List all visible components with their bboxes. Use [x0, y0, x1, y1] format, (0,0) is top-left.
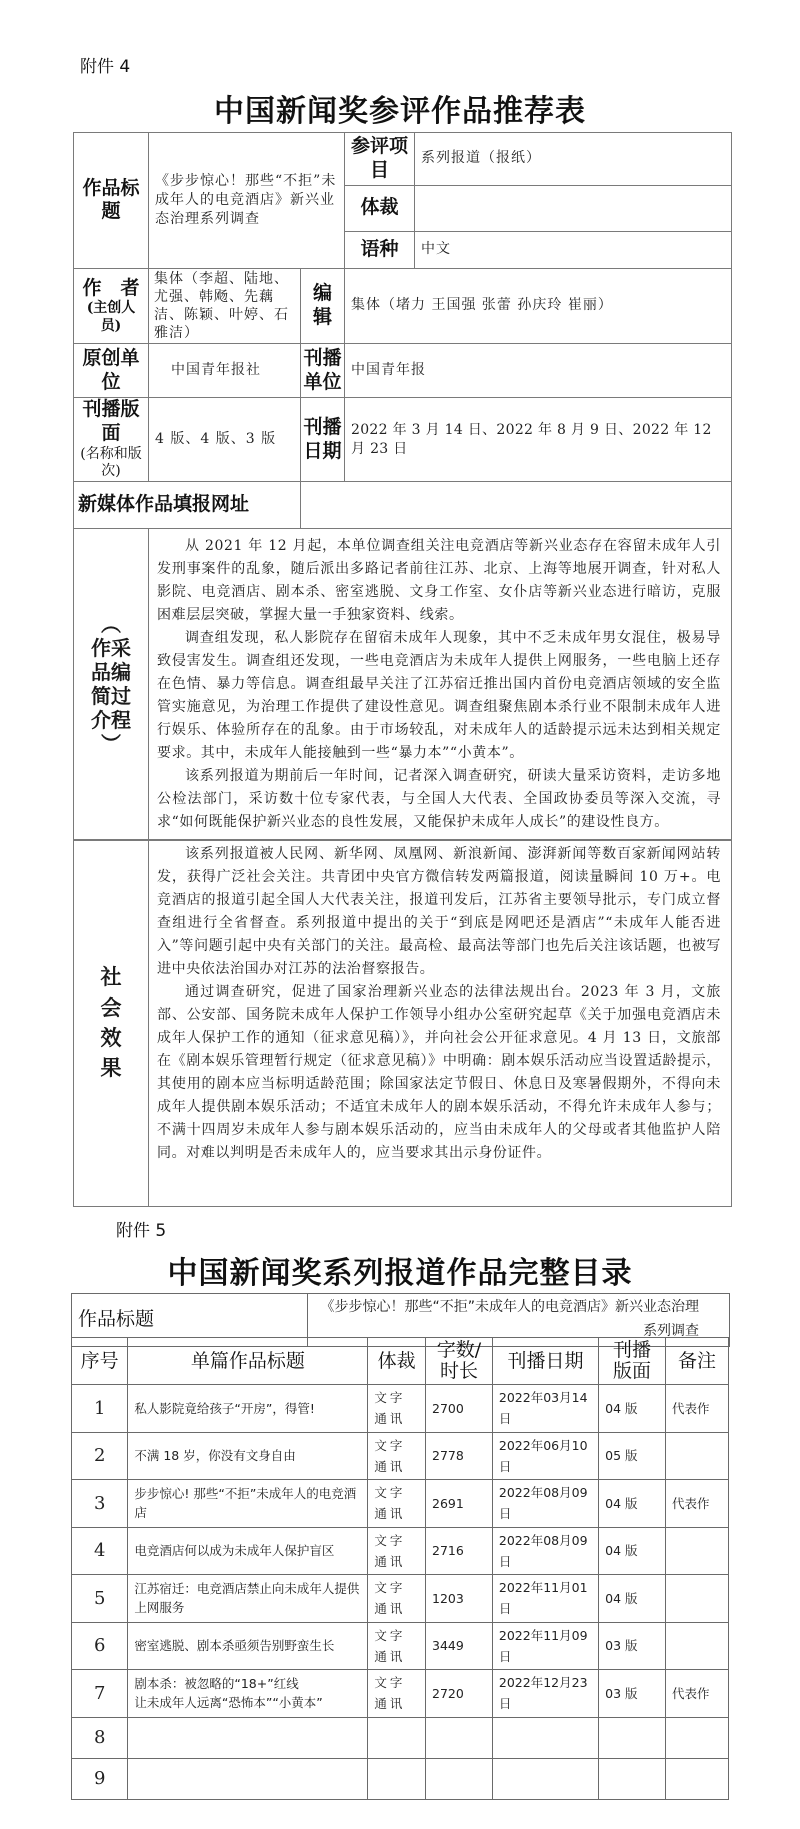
date-label-1: 刊播 [301, 416, 344, 440]
row-date: 2022年08月09日 [492, 1527, 598, 1575]
col-date: 刊播日期 [492, 1338, 598, 1385]
row-genre [368, 1758, 426, 1799]
table-row: 1 私人影院竟给孩子“开房”，得管! 文字通讯 2700 2022年03月14日… [72, 1385, 729, 1433]
row-genre [368, 1717, 426, 1758]
row-title [128, 1717, 368, 1758]
category-label: 参评项目 [345, 133, 415, 186]
annex5-title: 中国新闻奖系列报道作品完整目录 [0, 1248, 800, 1292]
row-date: 2022年11月01日 [492, 1575, 598, 1623]
row-note [666, 1622, 729, 1670]
row-date [492, 1717, 598, 1758]
row-title: 江苏宿迁：电竞酒店禁止向未成年人提供上网服务 [128, 1575, 368, 1623]
genre-label: 体裁 [345, 185, 415, 231]
row-page: 04 版 [599, 1575, 666, 1623]
row-note: 代表作 [666, 1385, 729, 1433]
table-row: 5 江苏宿迁：电竞酒店禁止向未成年人提供上网服务 文字通讯 1203 2022年… [72, 1575, 729, 1623]
row-title: 剧本杀：被忽略的“18+”红线 让未成年人远离“恐怖本”“小黄本” [128, 1670, 368, 1718]
authors-value: 集体（李超、陆地、尤强、韩飏、先藕洁、陈颖、叶婷、石雅洁） [149, 268, 301, 344]
effect-paragraph: 该系列报道被人民网、新华网、凤凰网、新浪新闻、澎湃新闻等数百家新闻网站转发，获得… [157, 843, 721, 981]
col-title: 单篇作品标题 [128, 1338, 368, 1385]
layout-label-cell: 刊播版面 (名称和版次) [74, 398, 149, 482]
layout-value: 4 版、4 版、3 版 [149, 398, 301, 482]
row-date: 2022年03月14日 [492, 1385, 598, 1433]
row-title: 密室逃脱、剧本杀亟须告别野蛮生长 [128, 1622, 368, 1670]
row-page [599, 1758, 666, 1799]
row-genre: 文字通讯 [368, 1432, 426, 1480]
recommendation-form: 作品标题 《步步惊心！那些“不拒”未成年人的电竞酒店》新兴业态治理系列调查 参评… [73, 132, 732, 841]
effect-label-char: 会 [80, 993, 142, 1023]
effect-label-char: 果 [80, 1053, 142, 1083]
row-no: 9 [72, 1758, 128, 1799]
annex4-title: 中国新闻奖参评作品推荐表 [0, 86, 800, 130]
effect-label: 社 会 效 果 [74, 840, 149, 1207]
process-label-char: 作采 [80, 636, 142, 660]
row-no: 8 [72, 1717, 128, 1758]
row-page: 04 版 [599, 1480, 666, 1528]
row-genre: 文字通讯 [368, 1622, 426, 1670]
col-words-2: 时长 [426, 1361, 492, 1382]
date-label-cell: 刊播 日期 [301, 398, 345, 482]
row-no: 2 [72, 1432, 128, 1480]
catalog-list: 序号 单篇作品标题 体裁 字数/ 时长 刊播日期 刊播 版面 备注 1 私人影院… [71, 1337, 729, 1800]
editors-value: 集体（堵力 王国强 张蕾 孙庆玲 崔丽） [345, 268, 732, 344]
table-row: 4 电竞酒店何以成为未成年人保护盲区 文字通讯 2716 2022年08月09日… [72, 1527, 729, 1575]
url-value [301, 481, 732, 528]
row-genre: 文字通讯 [368, 1575, 426, 1623]
row-genre: 文字通讯 [368, 1527, 426, 1575]
process-label: ︵ 作采 品编 简过 介程 ︶ [74, 528, 149, 840]
author-sublabel: (主创人员) [80, 300, 142, 335]
process-label-char: ︵ [80, 612, 142, 636]
origin-label: 原创单位 [74, 344, 149, 398]
category-value: 系列报道（报纸） [415, 133, 732, 186]
col-page-1: 刊播 [599, 1340, 665, 1361]
process-paragraph: 该系列报道为期前后一年时间，记者深入调查研究，研读大量采访资料，走访多地公检法部… [157, 765, 721, 834]
row-note [666, 1527, 729, 1575]
row-words [426, 1758, 493, 1799]
col-words: 字数/ 时长 [426, 1338, 493, 1385]
table-row: 7 剧本杀：被忽略的“18+”红线 让未成年人远离“恐怖本”“小黄本” 文字通讯… [72, 1670, 729, 1718]
social-effect-table: 社 会 效 果 该系列报道被人民网、新华网、凤凰网、新浪新闻、澎湃新闻等数百家新… [73, 839, 732, 1207]
row-date: 2022年06月10日 [492, 1432, 598, 1480]
row-words [426, 1717, 493, 1758]
row-words: 2700 [426, 1385, 493, 1433]
row-page: 03 版 [599, 1670, 666, 1718]
row-no: 4 [72, 1527, 128, 1575]
col-page: 刊播 版面 [599, 1338, 666, 1385]
row-words: 2691 [426, 1480, 493, 1528]
process-paragraph: 从 2021 年 12 月起，本单位调查组关注电竞酒店等新兴业态存在容留未成年人… [157, 535, 721, 627]
author-label-cell: 作 者 (主创人员) [74, 268, 149, 344]
col-words-1: 字数/ [426, 1340, 492, 1361]
row-page: 05 版 [599, 1432, 666, 1480]
genre-value [415, 185, 732, 231]
row-title [128, 1758, 368, 1799]
publisher-label-cell: 刊播 单位 [301, 344, 345, 398]
effect-text: 该系列报道被人民网、新华网、凤凰网、新浪新闻、澎湃新闻等数百家新闻网站转发，获得… [149, 840, 732, 1207]
row-no: 5 [72, 1575, 128, 1623]
row-note [666, 1717, 729, 1758]
layout-label: 刊播版面 [74, 398, 148, 446]
row-words: 2716 [426, 1527, 493, 1575]
row-page: 04 版 [599, 1385, 666, 1433]
row-title: 电竞酒店何以成为未成年人保护盲区 [128, 1527, 368, 1575]
language-label: 语种 [345, 231, 415, 268]
row-note: 代表作 [666, 1480, 729, 1528]
dates-value: 2022 年 3 月 14 日、2022 年 8 月 9 日、2022 年 12… [345, 398, 732, 482]
effect-label-char: 社 [80, 962, 142, 992]
col-page-2: 版面 [599, 1361, 665, 1382]
col-note: 备注 [666, 1338, 729, 1385]
table-row: 6 密室逃脱、剧本杀亟须告别野蛮生长 文字通讯 3449 2022年11月09日… [72, 1622, 729, 1670]
process-label-char: 介程 [80, 708, 142, 732]
process-label-char: ︶ [80, 732, 142, 756]
row-no: 7 [72, 1670, 128, 1718]
row-date: 2022年11月09日 [492, 1622, 598, 1670]
row-genre: 文字通讯 [368, 1385, 426, 1433]
annex4-label: 附件 4 [80, 52, 130, 77]
catalog-body: 1 私人影院竟给孩子“开房”，得管! 文字通讯 2700 2022年03月14日… [72, 1385, 729, 1800]
row-genre: 文字通讯 [368, 1670, 426, 1718]
row-note [666, 1432, 729, 1480]
process-text: 从 2021 年 12 月起，本单位调查组关注电竞酒店等新兴业态存在容留未成年人… [149, 528, 732, 840]
row-date [492, 1758, 598, 1799]
row-no: 6 [72, 1622, 128, 1670]
row-words: 2720 [426, 1670, 493, 1718]
publisher-label-1: 刊播 [301, 347, 344, 371]
table-row: 3 步步惊心! 那些“不拒”未成年人的电竞酒店 文字通讯 2691 2022年0… [72, 1480, 729, 1528]
col-genre: 体裁 [368, 1338, 426, 1385]
row-no: 3 [72, 1480, 128, 1528]
date-label-2: 日期 [301, 440, 344, 464]
table-row: 2 不满 18 岁，你没有文身自由 文字通讯 2778 2022年06月10日 … [72, 1432, 729, 1480]
row-page: 04 版 [599, 1527, 666, 1575]
work-title-value: 《步步惊心！那些“不拒”未成年人的电竞酒店》新兴业态治理系列调查 [149, 133, 345, 269]
publisher-value: 中国青年报 [345, 344, 732, 398]
row-date: 2022年08月09日 [492, 1480, 598, 1528]
row-date: 2022年12月23日 [492, 1670, 598, 1718]
col-no: 序号 [72, 1338, 128, 1385]
row-genre: 文字通讯 [368, 1480, 426, 1528]
publisher-label-2: 单位 [301, 371, 344, 395]
editor-label: 编辑 [301, 268, 345, 344]
row-note [666, 1575, 729, 1623]
process-label-char: 简过 [80, 684, 142, 708]
author-label: 作 者 [82, 277, 139, 299]
row-words: 3449 [426, 1622, 493, 1670]
work-title-label: 作品标题 [74, 133, 149, 269]
row-note [666, 1758, 729, 1799]
annex5-label: 附件 5 [116, 1216, 166, 1241]
url-label: 新媒体作品填报网址 [74, 481, 301, 528]
row-title: 不满 18 岁，你没有文身自由 [128, 1432, 368, 1480]
row-no: 1 [72, 1385, 128, 1433]
process-label-char: 品编 [80, 660, 142, 684]
table-row: 9 [72, 1758, 729, 1799]
process-paragraph: 调查组发现，私人影院存在留宿未成年人现象，其中不乏未成年男女混住，极易导致侵害发… [157, 627, 721, 765]
layout-sublabel: (名称和版次) [74, 446, 148, 481]
row-page [599, 1717, 666, 1758]
row-note: 代表作 [666, 1670, 729, 1718]
row-words: 1203 [426, 1575, 493, 1623]
row-page: 03 版 [599, 1622, 666, 1670]
effect-paragraph: 通过调查研究，促进了国家治理新兴业态的法律法规出台。2023 年 3 月，文旅部… [157, 981, 721, 1165]
row-words: 2778 [426, 1432, 493, 1480]
row-title: 步步惊心! 那些“不拒”未成年人的电竞酒店 [128, 1480, 368, 1528]
effect-label-char: 效 [80, 1023, 142, 1053]
language-value: 中文 [415, 231, 732, 268]
row-title: 私人影院竟给孩子“开房”，得管! [128, 1385, 368, 1433]
table-row: 8 [72, 1717, 729, 1758]
origin-value: 中国青年报社 [149, 344, 301, 398]
